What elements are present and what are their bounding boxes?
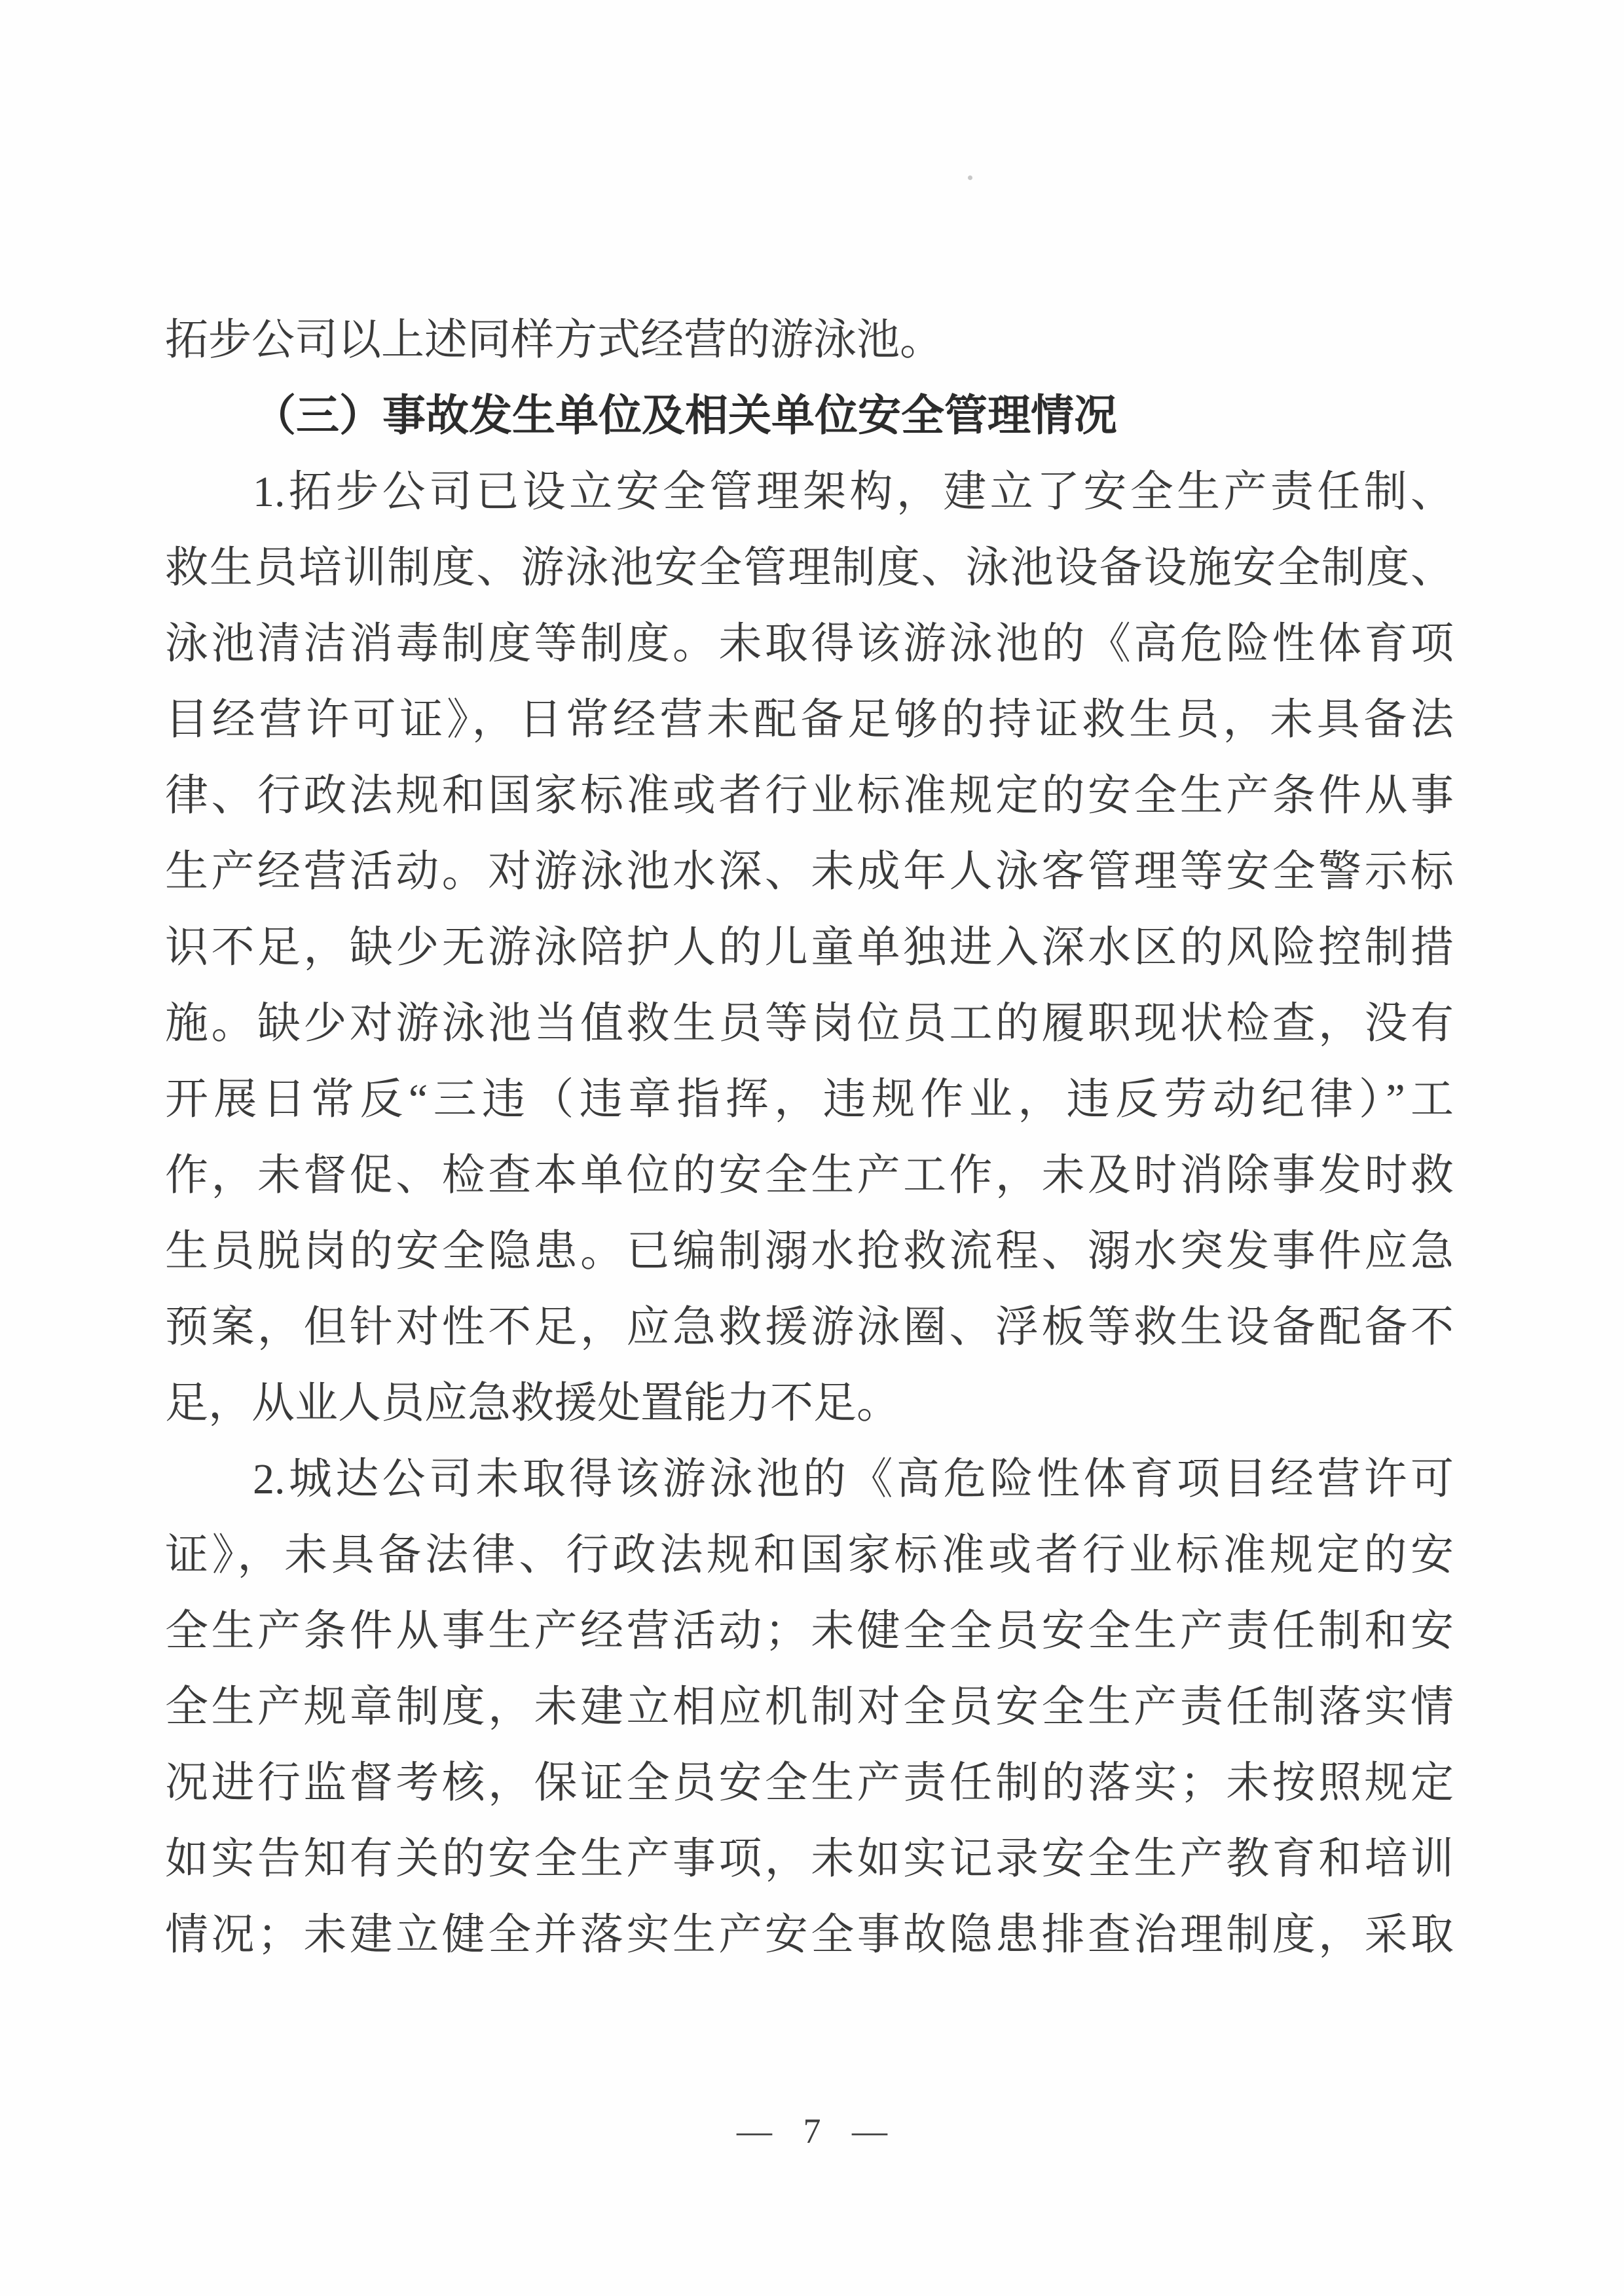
text-line: 生产经营活动。对游泳池水深、未成年人泳客管理等安全警示标 — [165, 834, 1454, 910]
text-line: 情况；未建立健全并落实生产安全事故隐患排查治理制度，采取 — [165, 1897, 1454, 1973]
text-line: 识不足，缺少无游泳陪护人的儿童单独进入深水区的风险控制措 — [165, 910, 1454, 986]
text-line: 目经营许可证》，日常经营未配备足够的持证救生员，未具备法 — [165, 682, 1454, 758]
scan-artifact-dot — [968, 175, 972, 180]
text-line: 救生员培训制度、游泳池安全管理制度、泳池设备设施安全制度、 — [165, 530, 1454, 606]
page-number: — 7 — — [737, 2111, 887, 2151]
text-line: 如实告知有关的安全生产事项，未如实记录安全生产教育和培训 — [165, 1821, 1454, 1897]
body-text: 拓步公司以上述同样方式经营的游泳池。（三）事故发生单位及相关单位安全管理情况1.… — [165, 302, 1454, 1973]
text-line: 律、行政法规和国家标准或者行业标准规定的安全生产条件从事 — [165, 758, 1454, 834]
page-footer: — 7 — — [0, 2098, 1624, 2164]
text-line: 施。缺少对游泳池当值救生员等岗位员工的履职现状检查，没有 — [165, 986, 1454, 1062]
text-line: 预案，但针对性不足，应急救援游泳圈、浮板等救生设备配备不 — [165, 1290, 1454, 1366]
text-line: 全生产规章制度，未建立相应机制对全员安全生产责任制落实情 — [165, 1669, 1454, 1745]
text-line: 开展日常反“三违（违章指挥，违规作业，违反劳动纪律）”工 — [165, 1062, 1454, 1138]
text-line: 况进行监督考核，保证全员安全生产责任制的落实；未按照规定 — [165, 1745, 1454, 1821]
text-line: 作，未督促、检查本单位的安全生产工作，未及时消除事发时救 — [165, 1138, 1454, 1214]
text-line: 证》，未具备法律、行政法规和国家标准或者行业标准规定的安 — [165, 1518, 1454, 1594]
text-line: 全生产条件从事生产经营活动；未健全全员安全生产责任制和安 — [165, 1594, 1454, 1669]
text-line: 生员脱岗的安全隐患。已编制溺水抢救流程、溺水突发事件应急 — [165, 1214, 1454, 1290]
text-line: 拓步公司以上述同样方式经营的游泳池。 — [165, 302, 1454, 378]
text-line: （三）事故发生单位及相关单位安全管理情况 — [165, 378, 1454, 454]
text-line: 1.拓步公司已设立安全管理架构，建立了安全生产责任制、 — [165, 454, 1454, 530]
text-line: 泳池清洁消毒制度等制度。未取得该游泳池的《高危险性体育项 — [165, 606, 1454, 682]
text-line: 足，从业人员应急救援处置能力不足。 — [165, 1366, 1454, 1442]
document-page: 拓步公司以上述同样方式经营的游泳池。（三）事故发生单位及相关单位安全管理情况1.… — [0, 0, 1624, 2296]
text-line: 2.城达公司未取得该游泳池的《高危险性体育项目经营许可 — [165, 1442, 1454, 1518]
